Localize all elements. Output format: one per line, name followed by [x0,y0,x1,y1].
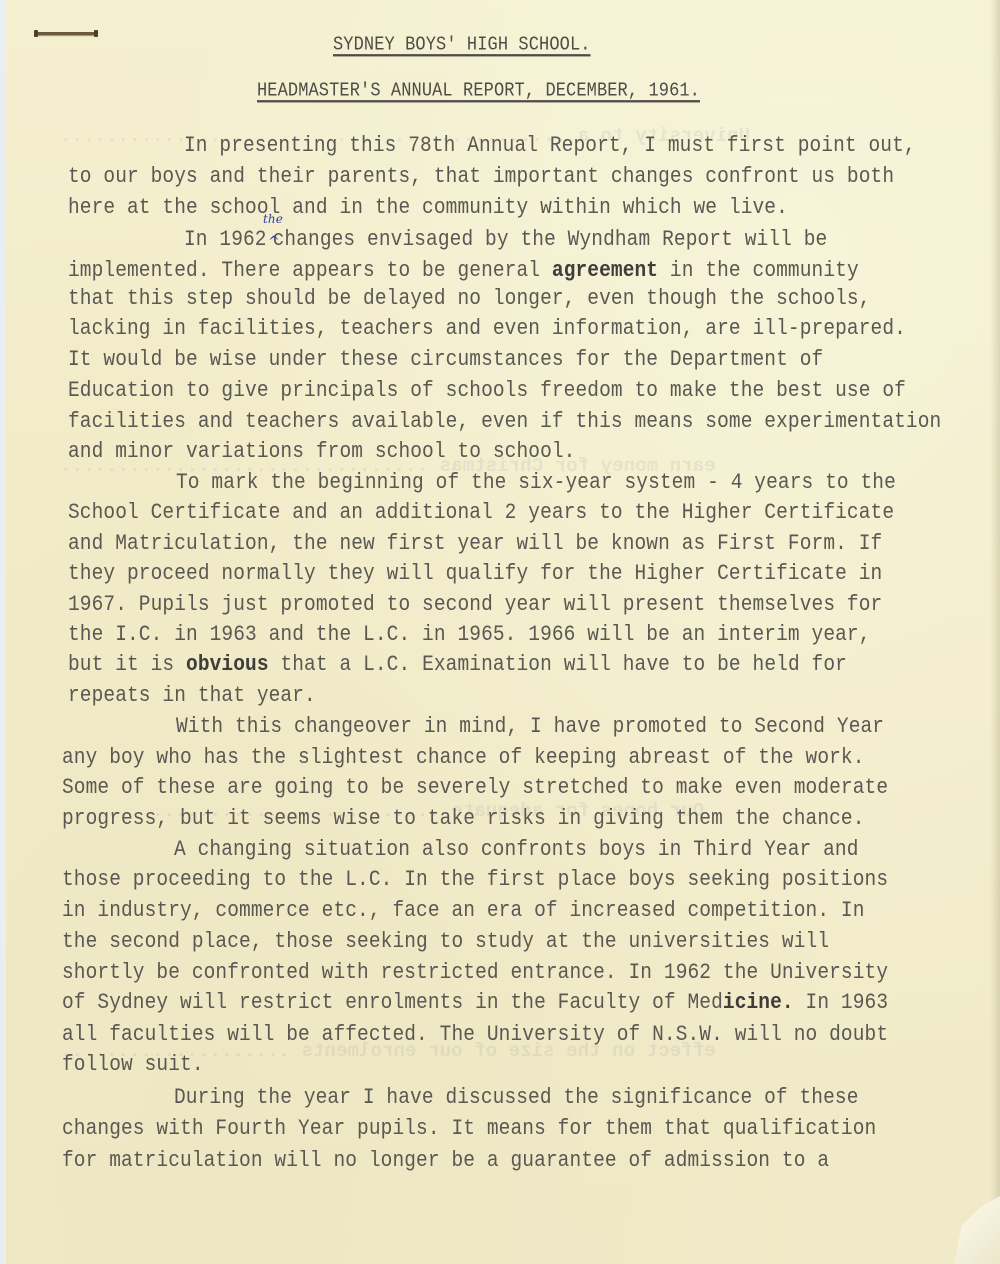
paragraph-3-line-7: but it is obvious that a L.C. Examinatio… [68,651,847,678]
line-part: In 1963 [794,990,888,1015]
paragraph-5-line-2: those proceeding to the L.C. In the firs… [62,866,888,893]
line-part: In 1962 [184,227,267,252]
line-part: in the community [658,258,859,283]
paragraph-3-line-6: the I.C. in 1963 and the L.C. in 1965. 1… [68,621,871,648]
paragraph-3-line-2: School Certificate and an additional 2 y… [68,499,894,526]
paragraph-2-line-2: implemented. There appears to be general… [68,257,859,284]
report-title: HEADMASTER'S ANNUAL REPORT, DECEMBER, 19… [257,81,700,103]
paragraph-2-line-3: that this step should be delayed no long… [68,285,871,312]
paragraph-1-line-3: here at the school and in the community … [68,194,788,221]
paragraph-5-line-3: in industry, commerce etc., face an era … [62,897,865,924]
paragraph-2-line-4: lacking in facilities, teachers and even… [68,315,906,342]
paragraph-3-line-3: and Matriculation, the new first year wi… [68,530,882,557]
paragraph-3-line-4: they proceed normally they will qualify … [68,560,882,587]
paragraph-4-line-3: Some of these are going to be severely s… [62,774,888,801]
line-part: of Sydney will restrict enrolments in th… [62,990,723,1015]
paragraph-6-line-3: for matriculation will no longer be a gu… [62,1147,829,1174]
paragraph-5-line-8: follow suit. [62,1051,204,1078]
line-part: changes envisaged by the Wyndham Report … [273,227,828,252]
line-part: implemented. There appears to be general [68,258,552,283]
paragraph-6-line-1: During the year I have discussed the sig… [174,1084,859,1111]
paragraph-5-line-7: all faculties will be affected. The Univ… [62,1021,888,1048]
paragraph-3-line-8: repeats in that year. [68,682,316,709]
paragraph-4-line-1: With this changeover in mind, I have pro… [176,713,884,740]
staple-icon [36,32,96,35]
bold-word: agreement [552,258,658,283]
paragraph-3-line-5: 1967. Pupils just promoted to second yea… [68,591,882,618]
paragraph-4-line-4: progress, but it seems wise to take risk… [62,805,865,832]
paragraph-2-line-1: In 1962changes envisaged by the Wyndham … [184,226,827,253]
paragraph-3-line-1: To mark the beginning of the six-year sy… [176,469,896,496]
paragraph-2-line-7: facilities and teachers available, even … [68,408,941,435]
page-edge-shadow [990,0,1000,1264]
line-part: that a L.C. Examination will have to be … [269,652,847,677]
paragraph-5-line-6: of Sydney will restrict enrolments in th… [62,989,888,1016]
line-part: but it is [68,652,186,677]
school-title: SYDNEY BOYS' HIGH SCHOOL. [333,35,591,57]
handwritten-insertion: the [263,212,283,226]
paragraph-2-line-8: and minor variations from school to scho… [68,438,575,465]
paragraph-1-line-1: In presenting this 78th Annual Report, I… [184,132,916,159]
paragraph-5-line-5: shortly be confronted with restricted en… [62,959,888,986]
paragraph-4-line-2: any boy who has the slightest chance of … [62,744,865,771]
caret-mark-icon: ^ [268,234,280,250]
paragraph-5-line-1: A changing situation also confronts boys… [174,836,859,863]
bold-word: obvious [186,652,269,677]
paragraph-2-line-5: It would be wise under these circumstanc… [68,346,823,373]
paragraph-6-line-2: changes with Fourth Year pupils. It mean… [62,1115,876,1142]
paragraph-1-line-2: to our boys and their parents, that impo… [68,163,894,190]
bold-word: icine. [723,990,794,1015]
paragraph-5-line-4: the second place, those seeking to study… [62,928,829,955]
paragraph-2-line-6: Education to give principals of schools … [68,377,906,404]
